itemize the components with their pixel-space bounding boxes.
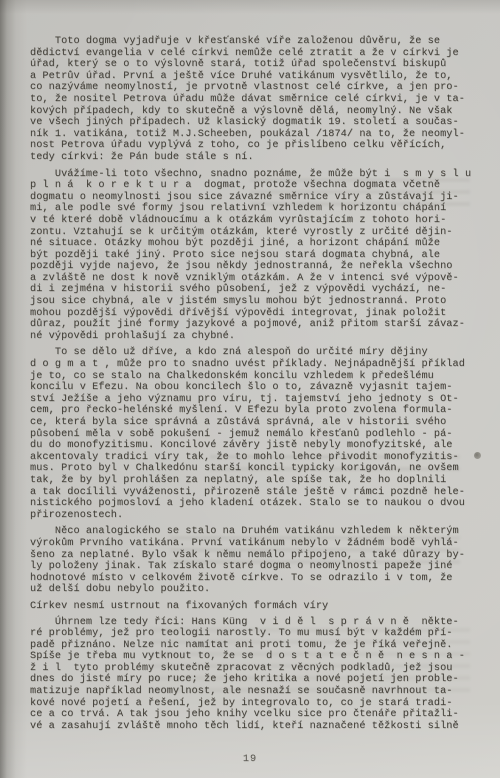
scanned-page: Toto dogma vyjadřuje v křesťanské víře z…	[0, 0, 500, 778]
section-heading: Církev nesmí ustrnout na fixovaných form…	[30, 601, 478, 613]
paragraph-council-history: To se dělo už dříve, a kdo zná alespoň d…	[30, 347, 478, 521]
page-body: Toto dogma vyjadřuje v křesťanské víře z…	[30, 36, 478, 732]
paragraph-meaningful-correction: Uvážíme-li toto všechno, snadno poznáme,…	[30, 169, 478, 343]
page-number: 19	[0, 754, 500, 765]
paragraph-vatican-analogy: Něco analogického se stalo na Druhém vat…	[30, 526, 478, 596]
paragraph-kung-assessment: Úhrnem lze tedy říci: Hans Küng v i d ě …	[30, 617, 478, 733]
paragraph-dogma-trust: Toto dogma vyjadřuje v křesťanské víře z…	[30, 36, 478, 164]
